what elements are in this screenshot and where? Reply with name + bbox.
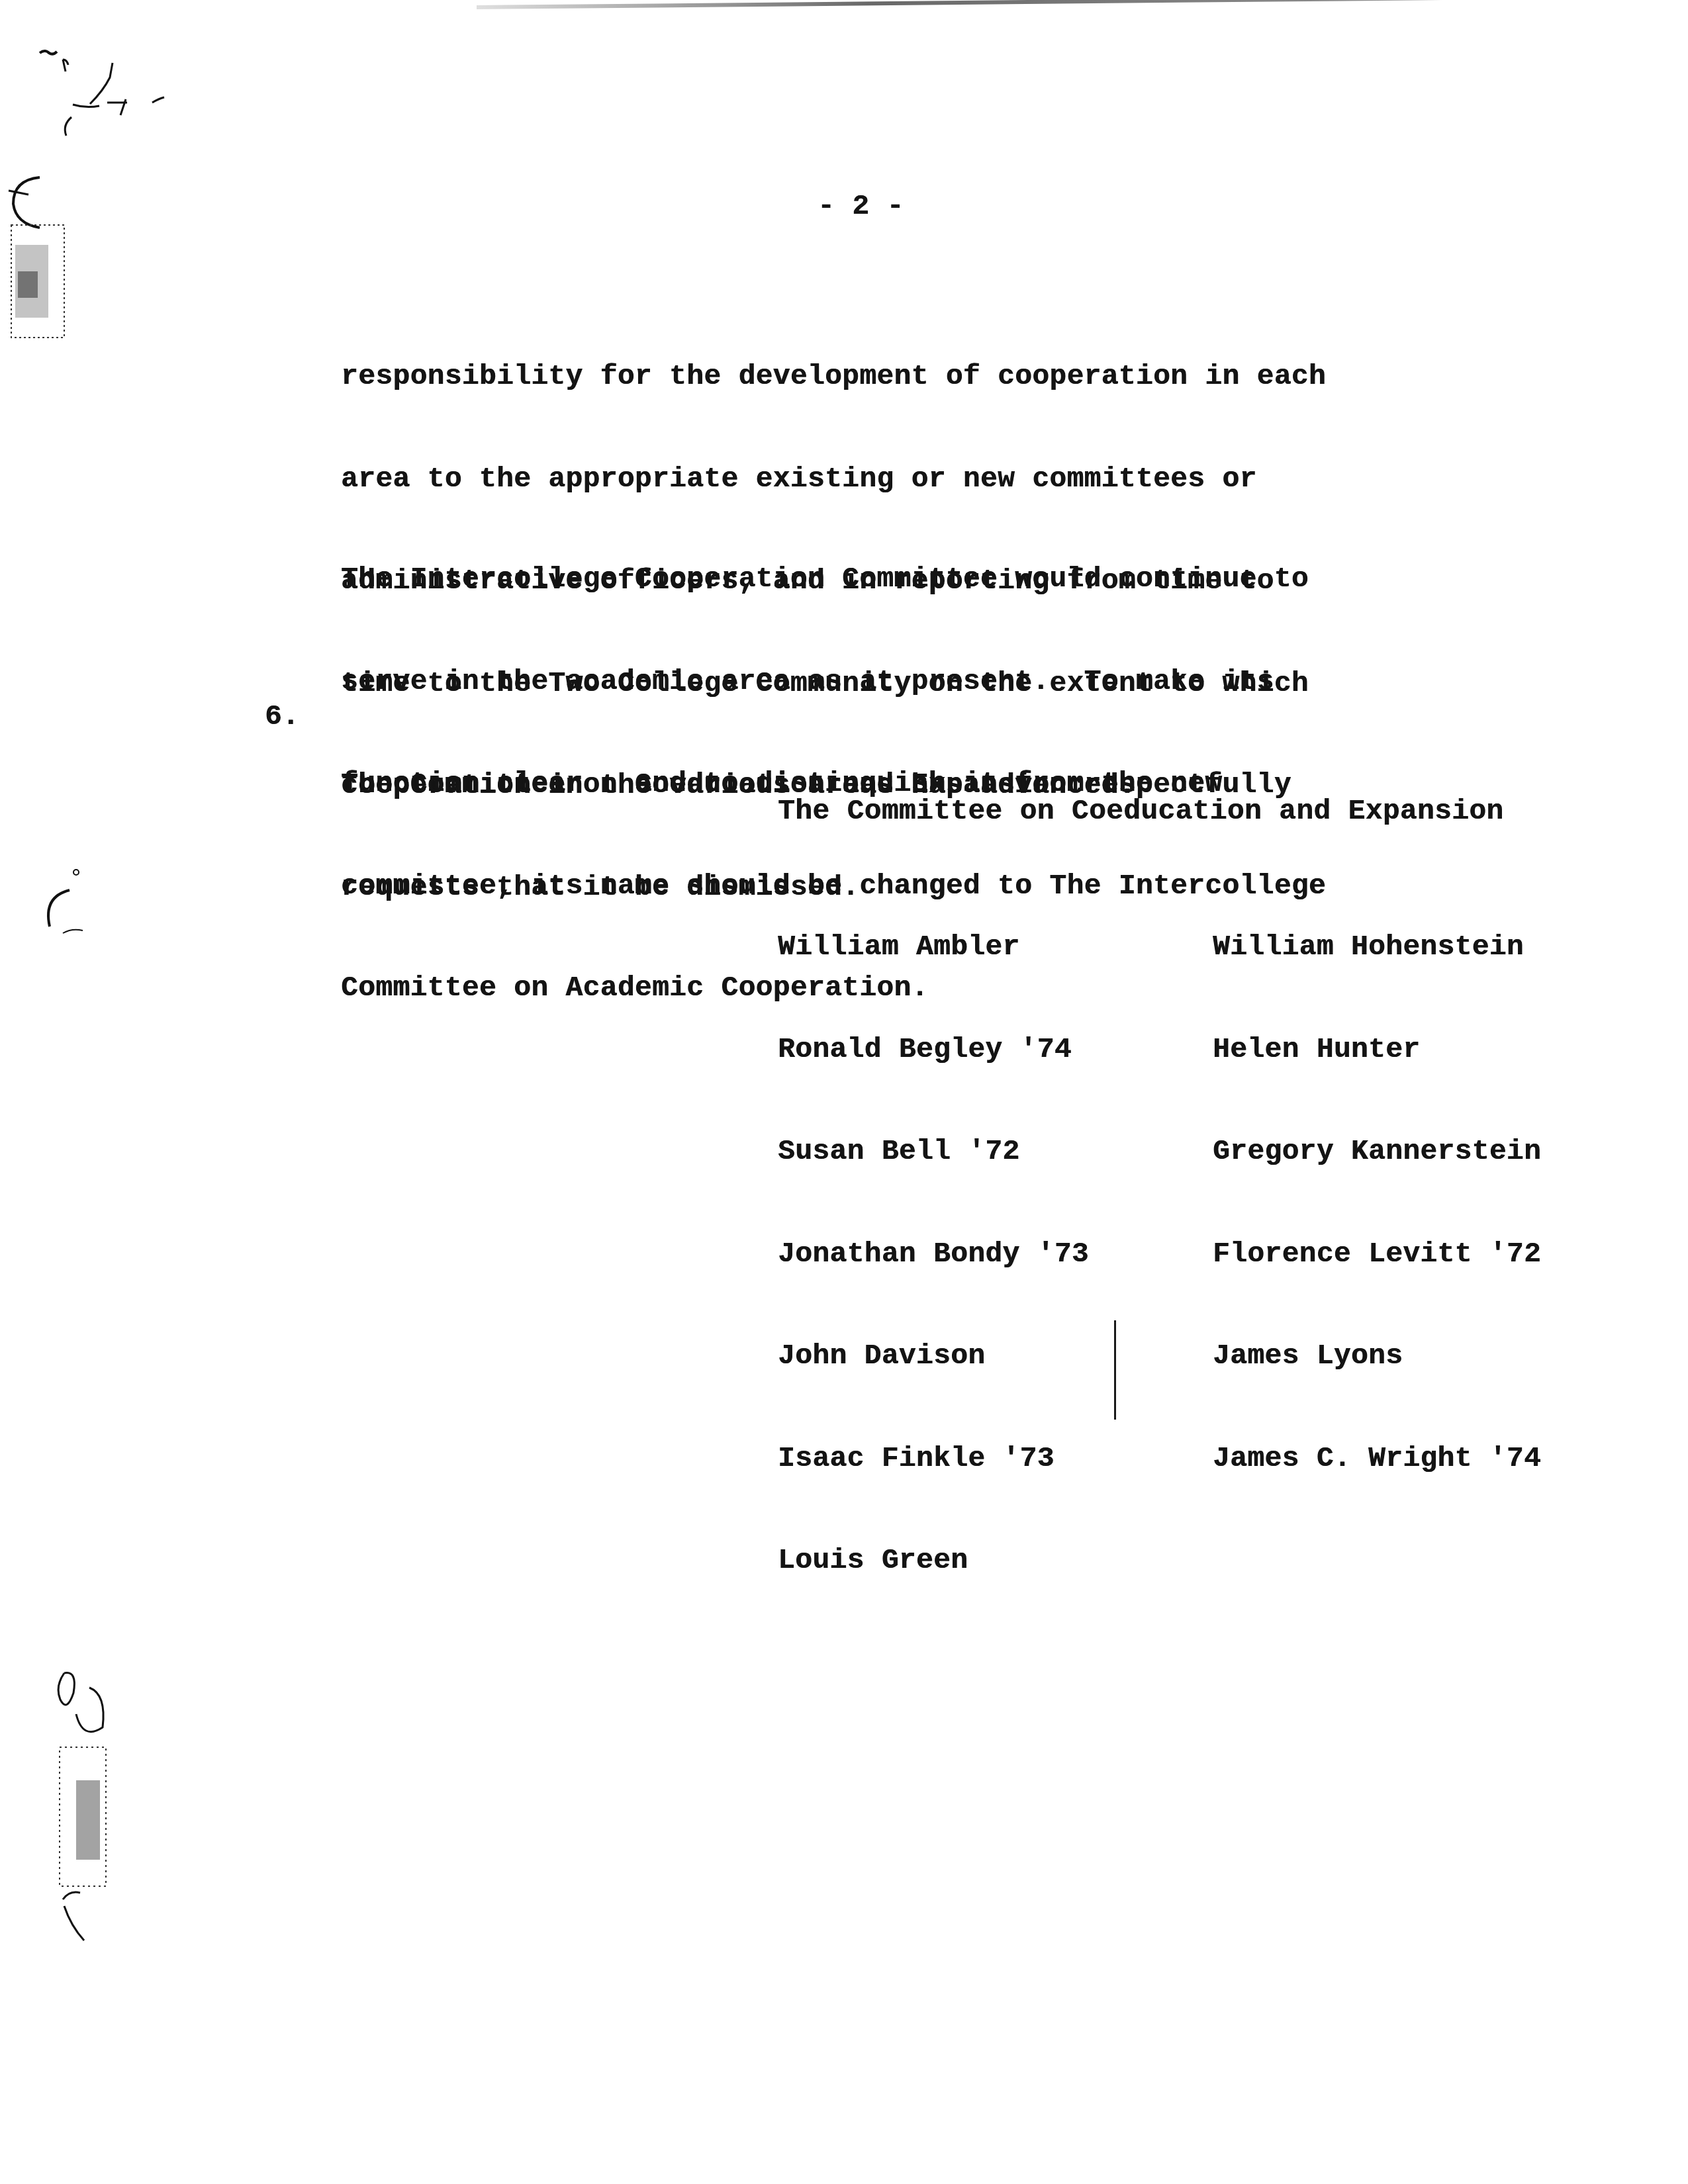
member-name: Florence Levitt '72 [1213,1237,1541,1271]
member-name: Ronald Begley '74 [778,1032,1089,1067]
member-name: Isaac Finkle '73 [778,1441,1089,1476]
signature-block-title: The Committee on Coeducation and Expansi… [778,794,1503,829]
text-line: The Intercollege Cooperation Committee w… [341,562,1326,596]
text-line: area to the appropriate existing or new … [341,462,1326,496]
member-name: Helen Hunter [1213,1032,1541,1067]
member-name: Jonathan Bondy '73 [778,1237,1089,1271]
page-number: - 2 - [818,189,904,224]
text-line: responsibility for the development of co… [341,359,1326,394]
text-line: serve in the academic area as at present… [341,664,1326,699]
committee-members-column-2: William Hohenstein Helen Hunter Gregory … [1213,862,1541,1543]
committee-members-column-1: William Ambler Ronald Begley '74 Susan B… [778,862,1089,1646]
member-name: William Ambler [778,930,1089,964]
stray-vertical-mark [1114,1320,1116,1420]
member-name: Gregory Kannerstein [1213,1134,1541,1169]
handwritten-scribble-icon [33,40,179,146]
member-name: James Lyons [1213,1339,1541,1373]
member-name: Louis Green [778,1543,1089,1578]
member-name: John Davison [778,1339,1089,1373]
document-page: - 2 - responsibility for the development… [0,0,1688,2184]
member-name: Susan Bell '72 [778,1134,1089,1169]
binding-damage-mark-icon [50,1668,122,1946]
item-number: 6. [265,700,299,734]
scan-top-edge [477,0,1456,9]
margin-curve-mark-icon [36,867,96,946]
binding-damage-mark-icon [3,172,76,344]
member-name: James C. Wright '74 [1213,1441,1541,1476]
member-name: William Hohenstein [1213,930,1541,964]
